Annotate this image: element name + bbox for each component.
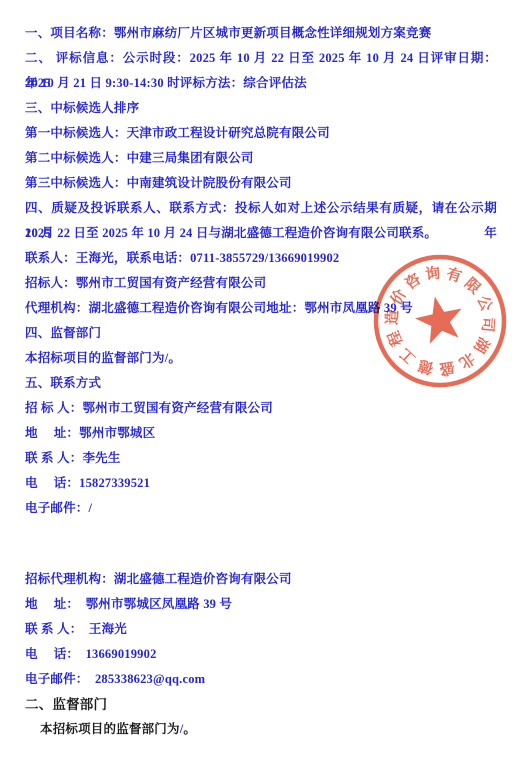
blank-gap — [25, 521, 497, 567]
evaluation-info-line-2: 年 10 月 21 日 9:30-14:30 时评标方法：综合评估法 — [25, 71, 497, 96]
agent-name-line: 招标代理机构：湖北盛德工程造价咨询有限公司 — [25, 567, 497, 592]
contact-phone-line: 电 话：15827339521 — [25, 471, 497, 496]
agent-email-line: 电子邮件： 285338623@qq.com — [25, 667, 497, 692]
footer-supervision-heading: 二、监督部门 — [25, 692, 497, 717]
agent-contact-person-line: 联 系 人： 王海光 — [25, 617, 497, 642]
section-candidates-heading: 三、中标候选人排序 — [25, 96, 497, 121]
contact-email-line: 电子邮件：/ — [25, 496, 497, 521]
agent-address-line: 地 址： 鄂州市鄂城区凤凰路 39 号 — [25, 592, 497, 617]
document-body: 一、项目名称：鄂州市麻纺厂片区城市更新项目概念性详细规划方案竞赛 二、 评标信息… — [0, 0, 520, 742]
project-name-line: 一、项目名称：鄂州市麻纺厂片区城市更新项目概念性详细规划方案竞赛 — [25, 21, 497, 46]
bid-announcement-page: 一、项目名称：鄂州市麻纺厂片区城市更新项目概念性详细规划方案竞赛 二、 评标信息… — [0, 0, 520, 770]
section-contact-heading: 五、联系方式 — [25, 371, 497, 396]
candidate-3-line: 第三中标候选人：中南建筑设计院股份有限公司 — [25, 171, 497, 196]
contact-tenderer-line: 招 标 人：鄂州市工贸国有资产经营有限公司 — [25, 396, 497, 421]
candidate-2-line: 第二中标候选人：中建三局集团有限公司 — [25, 146, 497, 171]
contact-address-line: 地 址：鄂州市鄂城区 — [25, 421, 497, 446]
footer-supervision-period: 。 — [183, 722, 196, 736]
objection-phone-line: 联系人：王海光，联系电话：0711-3855729/13669019902 — [25, 246, 497, 271]
tenderer-line: 招标人：鄂州市工贸国有资产经营有限公司 — [25, 271, 497, 296]
candidate-1-line: 第一中标候选人：天津市政工程设计研究总院有限公司 — [25, 121, 497, 146]
footer-supervision-prefix: 本招标项目的监督部门为 — [40, 722, 180, 736]
objection-contact-line-2: 10 月 22 日至 2025 年 10 月 24 日与湖北盛德工程造价咨询有限… — [25, 221, 497, 246]
footer-supervision-line: 本招标项目的监督部门为/。 — [25, 717, 497, 742]
section-supervision-heading: 四、监督部门 — [25, 321, 497, 346]
agent-phone-line: 电 话： 13669019902 — [25, 642, 497, 667]
evaluation-info-line-1: 二、 评标信息：公示时段：2025 年 10 月 22 日至 2025 年 10… — [25, 46, 497, 71]
objection-contact-line-1: 四、质疑及投诉联系人、联系方式：投标人如对上述公示结果有质疑，请在公示期 202… — [25, 196, 497, 221]
agency-address-line: 代理机构：湖北盛德工程造价咨询有限公司地址：鄂州市凤凰路 39 号 — [25, 296, 497, 321]
supervision-content-line: 本招标项目的监督部门为/。 — [25, 346, 497, 371]
contact-person-line: 联 系 人：李先生 — [25, 446, 497, 471]
